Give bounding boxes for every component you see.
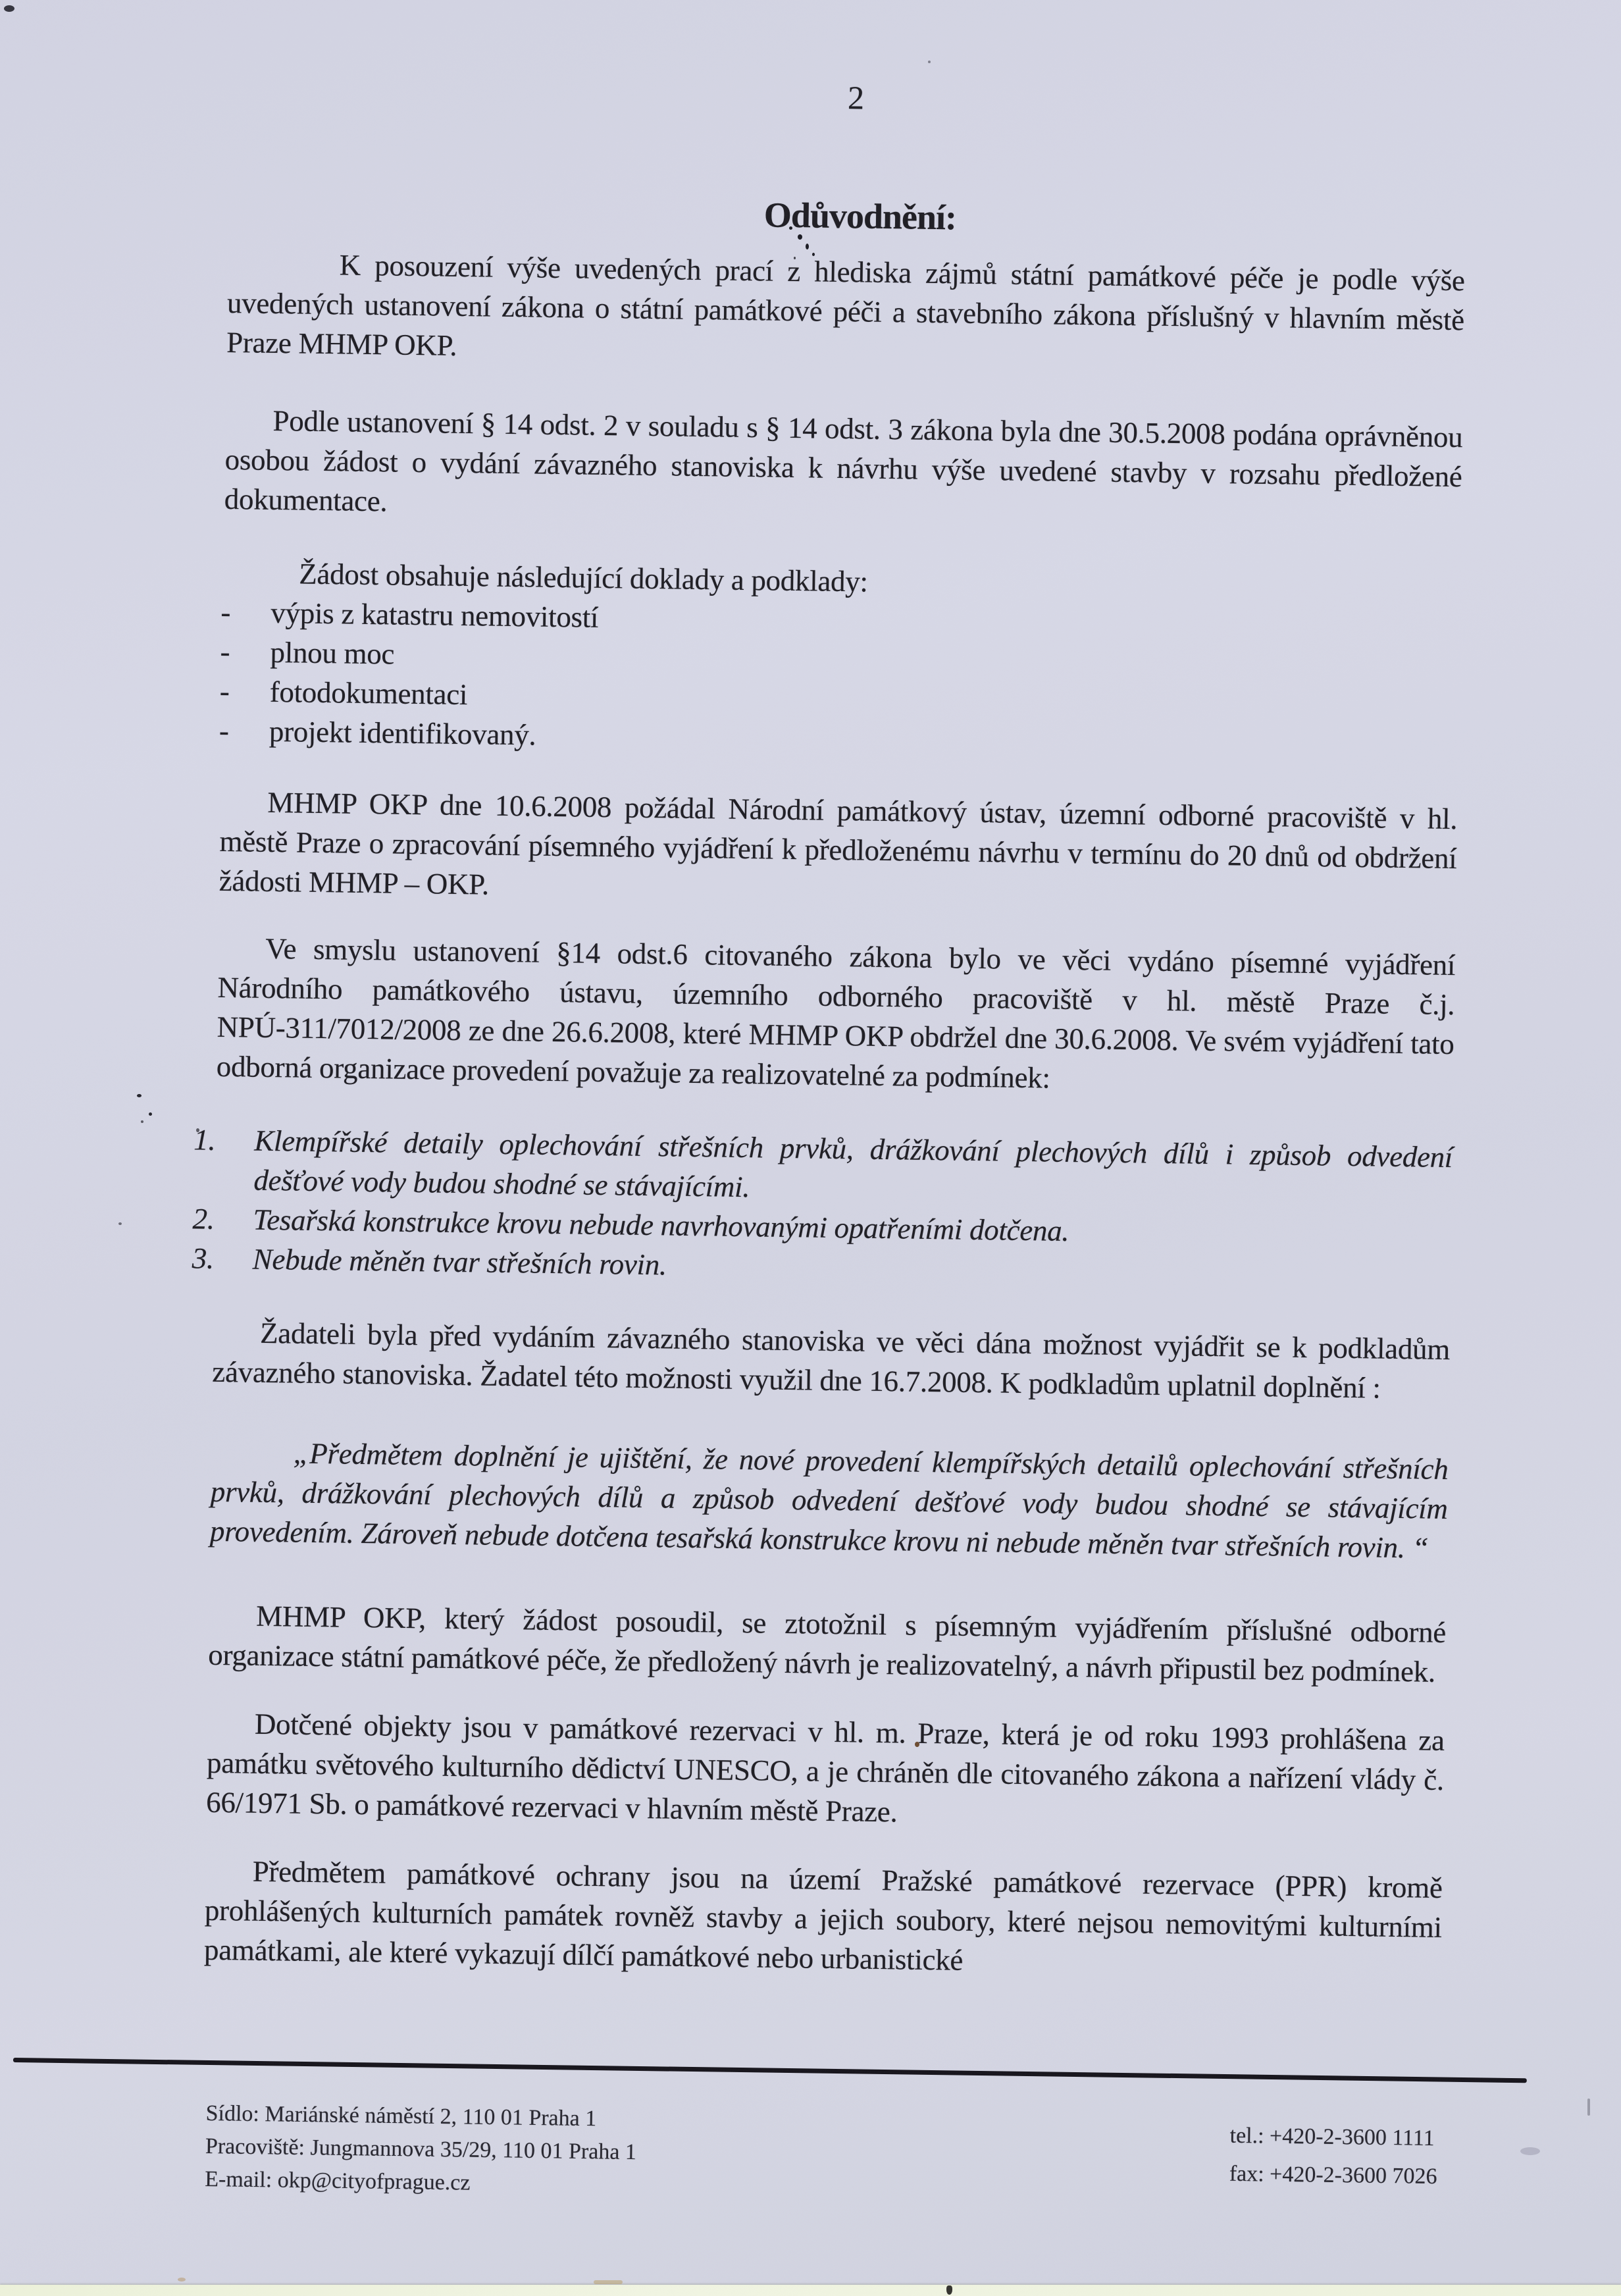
footer-address-line: Pracoviště: Jungmannova 35/29, 110 01 Pr… [205, 2130, 637, 2169]
scanned-page: 2 Odůvodnění: K posouzení výše uvedených… [0, 0, 1621, 2296]
paragraph-jurisdiction: K posouzení výše uvedených prací z hledi… [226, 244, 1465, 379]
ink-speckle [149, 1112, 152, 1116]
footer-fax-line: fax: +420-2-3600 7026 [1229, 2155, 1437, 2196]
ink-speckle [1520, 2147, 1540, 2155]
page-number: 2 [237, 69, 1475, 126]
ink-speckle [915, 1742, 919, 1747]
attachments-list: - výpis z katastru nemovitostí - plnou m… [221, 592, 1460, 768]
page-title: Odůvodnění: [242, 188, 1479, 244]
ink-speckle [196, 1128, 199, 1132]
list-item-text: projekt identifikovaný. [269, 715, 536, 752]
list-item-text: plnou moc [270, 636, 394, 671]
condition-number: 2. [192, 1199, 215, 1238]
scanner-bed-strip [0, 2285, 1621, 2296]
dash-marker: - [220, 592, 231, 632]
condition-text: Klempířské detaily oplechování střešních… [253, 1124, 1453, 1204]
ink-speckle [178, 2278, 186, 2282]
paragraph-assessment: MHMP OKP, který žádost posoudil, se ztot… [208, 1596, 1446, 1692]
ink-speckle [137, 1094, 142, 1097]
paragraph-application: Podle ustanovení § 14 odst. 2 v souladu … [224, 400, 1462, 536]
paragraph-ppr: Předmětem památkové ochrany jsou na územ… [204, 1851, 1443, 1987]
page-content: 2 Odůvodnění: K posouzení výše uvedených… [204, 69, 1468, 1987]
list-item-text: výpis z katastru nemovitostí [270, 596, 598, 634]
ink-speckle [789, 226, 792, 230]
paragraph-npu-statement: Ve smyslu ustanovení §14 odst.6 citované… [216, 928, 1455, 1103]
list-item-text: fotodokumentaci [269, 675, 467, 711]
paragraph-applicant-response: Žadateli byla před vydáním závazného sta… [212, 1313, 1450, 1409]
quote-paragraph: „Předmětem doplnění je ujištění, že nové… [210, 1432, 1449, 1568]
ink-speckle [141, 1120, 143, 1123]
ink-speckle [794, 257, 796, 259]
ink-speckle [928, 61, 931, 63]
dash-marker: - [220, 632, 230, 671]
dash-marker: - [219, 671, 230, 711]
footer-address-block: Sídlo: Mariánské náměstí 2, 110 01 Praha… [205, 2097, 637, 2202]
condition-number: 3. [192, 1238, 214, 1278]
conditions-list: 1. Klempířské detaily oplechování střešn… [192, 1120, 1453, 1295]
paragraph-npu-request: MHMP OKP dne 10.6.2008 požádal Národní p… [219, 782, 1457, 918]
footer-tel-line: tel.: +420-2-3600 1111 [1229, 2117, 1437, 2158]
footer-address-line: Sídlo: Mariánské náměstí 2, 110 01 Praha… [205, 2097, 637, 2136]
page-footer: Sídlo: Mariánské náměstí 2, 110 01 Praha… [205, 2097, 1456, 2214]
ink-speckle [806, 244, 809, 249]
ink-speckle [594, 2280, 623, 2284]
footer-contact-block: tel.: +420-2-3600 1111 fax: +420-2-3600 … [1229, 2117, 1437, 2196]
condition-number: 1. [193, 1120, 216, 1159]
ink-speckle [798, 234, 802, 240]
condition-text: Nebude měněn tvar střešních rovin. [252, 1243, 667, 1282]
dash-marker: - [219, 711, 230, 750]
paragraph-unesco: Dotčené objekty jsou v památkové rezerva… [206, 1704, 1445, 1839]
footer-email-line: E-mail: okp@cityofprague.cz [205, 2163, 636, 2202]
ink-speckle [946, 2285, 952, 2295]
ink-speckle [4, 5, 14, 12]
ink-speckle [1587, 2099, 1590, 2116]
ink-speckle [118, 1222, 122, 1225]
letterhead-divider [13, 2058, 1527, 2083]
ink-speckle [812, 253, 815, 256]
